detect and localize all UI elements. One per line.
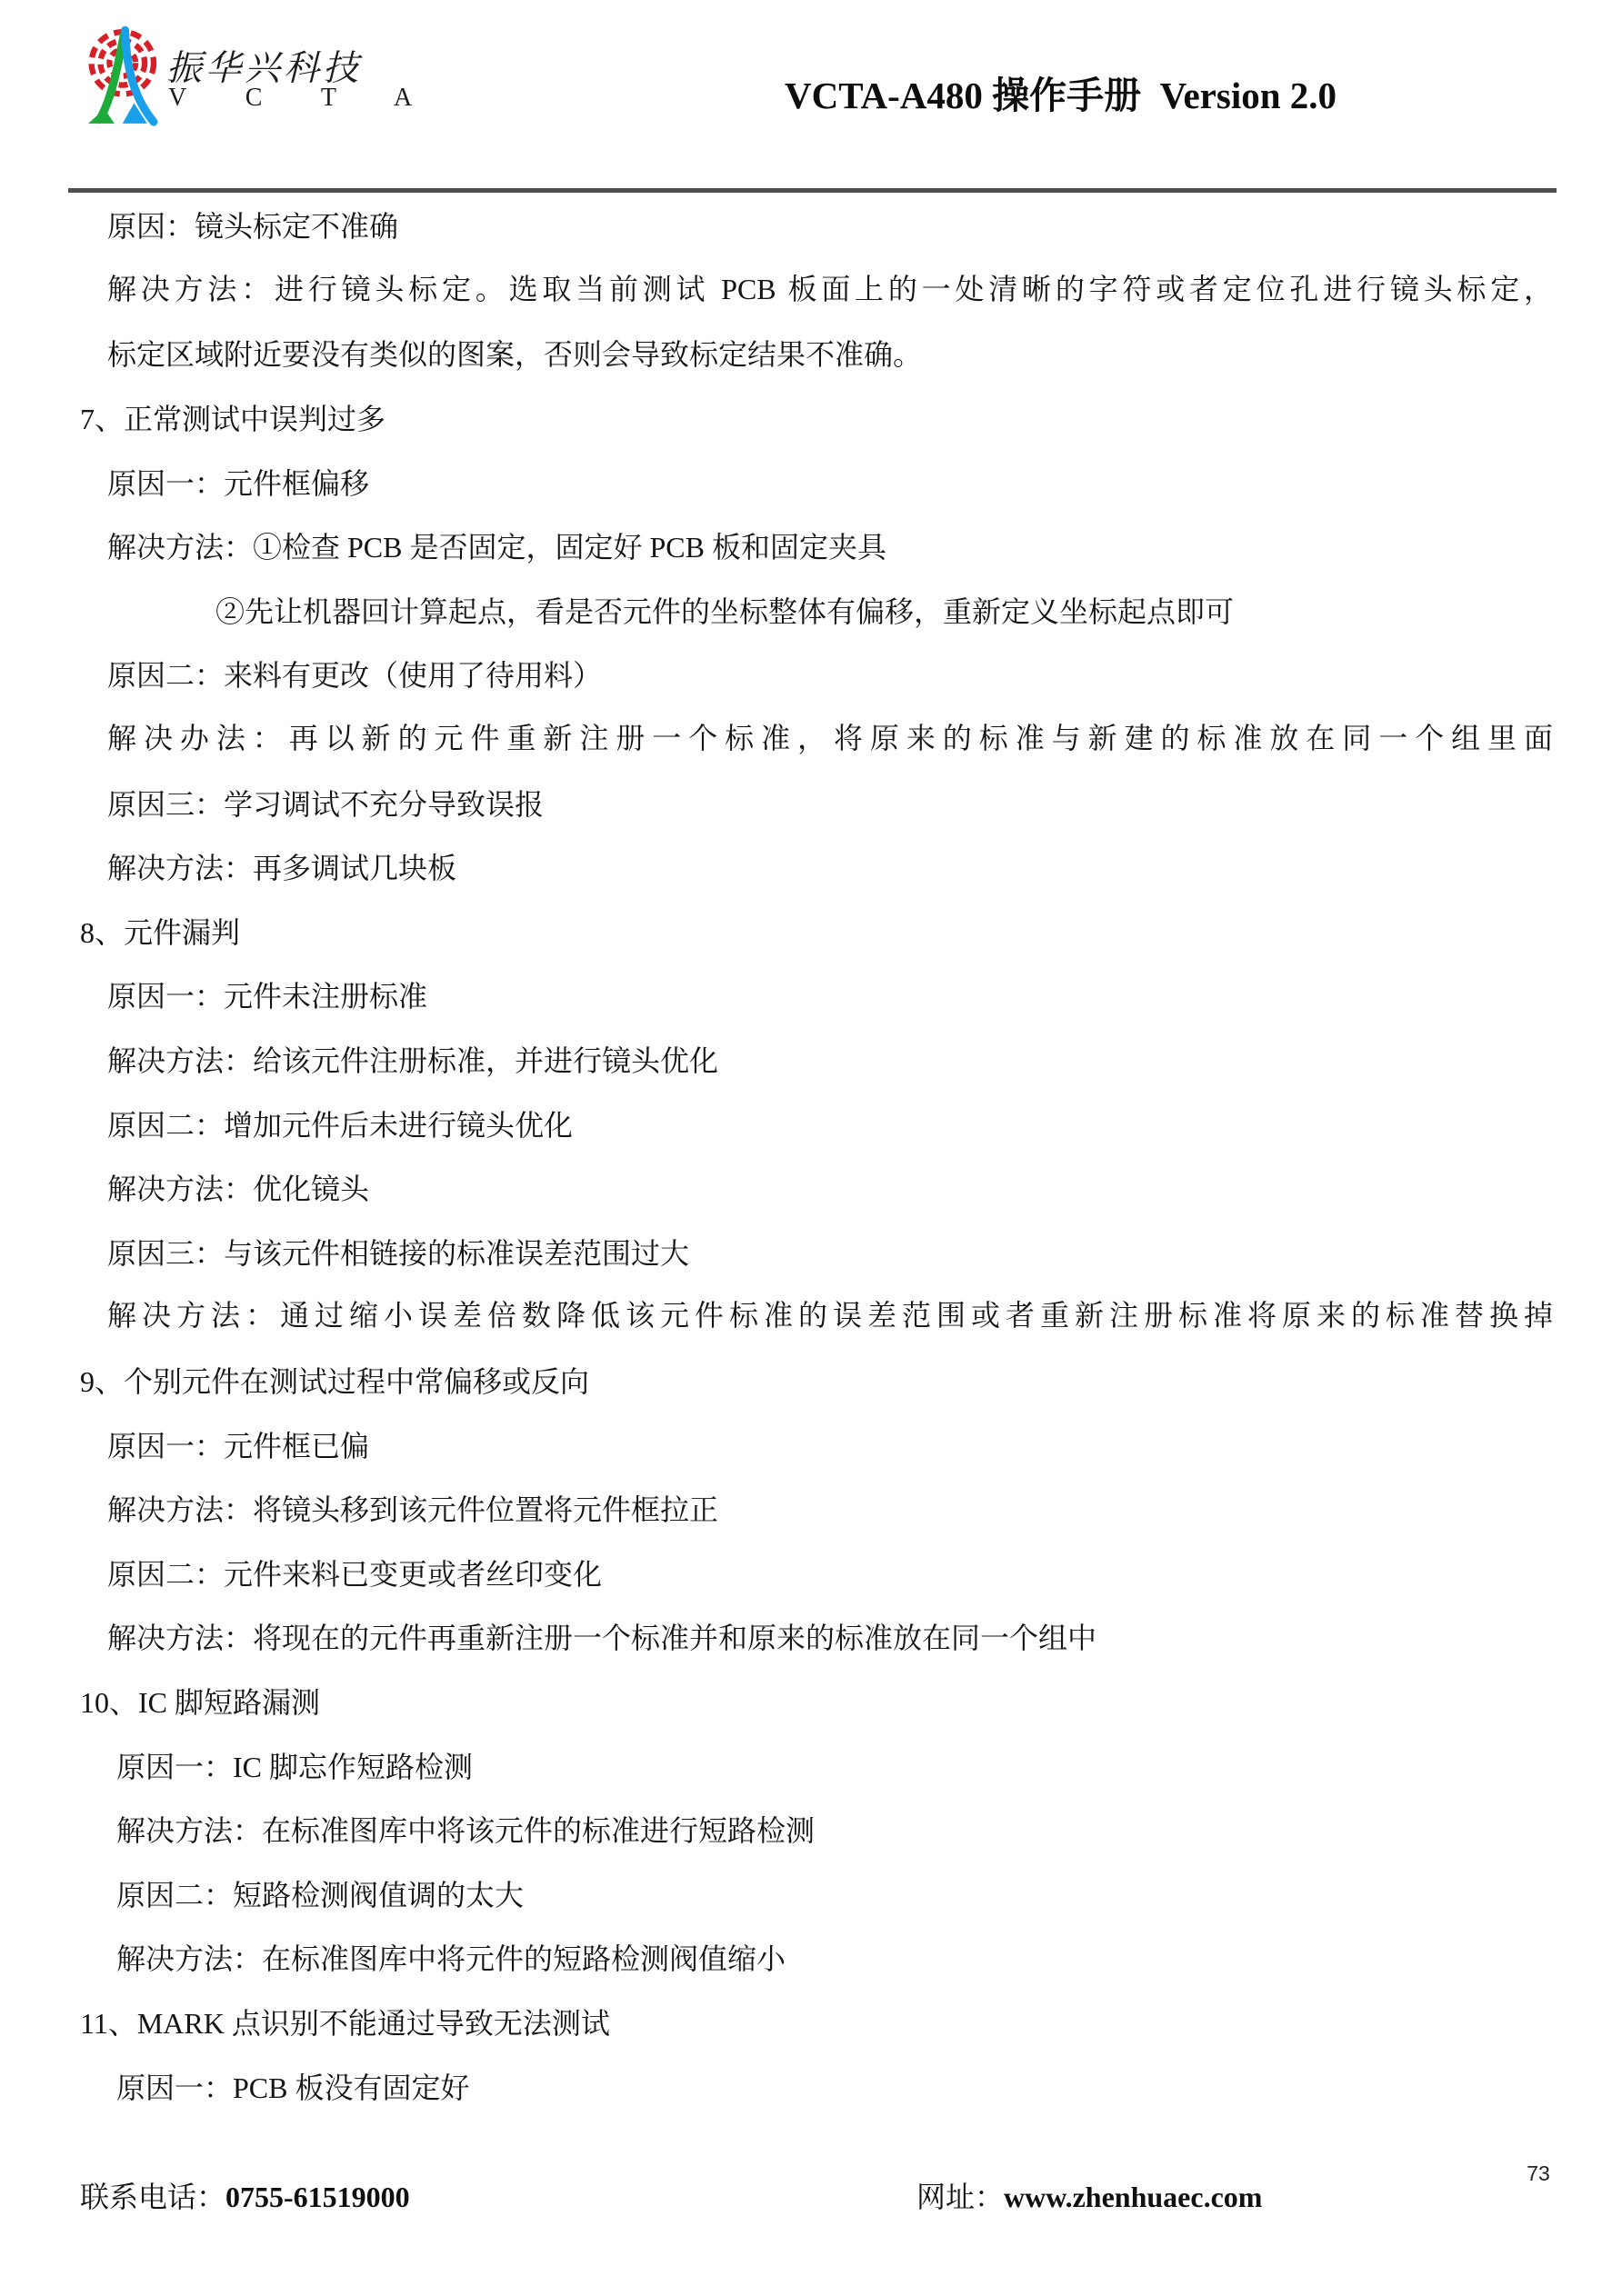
body-line: 原因二：元件来料已变更或者丝印变化 — [0, 1540, 1622, 1604]
body-line: 原因二：来料有更改（使用了待用料） — [0, 642, 1622, 706]
document-body: 原因：镜头标定不准确解决方法：进行镜头标定。选取当前测试 PCB 板面上的一处清… — [0, 193, 1622, 2118]
footer-website: 网址：www.zhenhuaec.com — [916, 2174, 1262, 2216]
company-logo-icon — [80, 20, 162, 127]
body-line: 原因二：短路检测阀值调的太大 — [0, 1861, 1622, 1925]
body-line: 原因一：IC 脚忘作短路检测 — [0, 1732, 1622, 1797]
body-line: 8、元件漏判 — [0, 899, 1622, 963]
body-line: 解决方法：优化镜头 — [0, 1155, 1622, 1220]
footer-phone: 联系电话：0755-61519000 — [80, 2174, 410, 2216]
company-abbreviation: V C T A — [168, 84, 427, 113]
phone-label: 联系电话： — [80, 2181, 225, 2213]
body-line: 7、正常测试中误判过多 — [0, 385, 1622, 450]
body-line: 解决方法：①检查 PCB 是否固定，固定好 PCB 板和固定夹具 — [0, 514, 1622, 578]
document-page: { "colors": { "logo_red": "#d61f26", "lo… — [0, 0, 1622, 2296]
document-title: VCTA-A480 操作手册 Version 2.0 — [785, 65, 1337, 119]
body-line: 解决方法：通过缩小误差倍数降低该元件标准的误差范围或者重新注册标准将原来的标准替… — [0, 1283, 1553, 1348]
body-line: 9、个别元件在测试过程中常偏移或反向 — [0, 1348, 1622, 1413]
body-line: 11、MARK 点识别不能通过导致无法测试 — [0, 1990, 1622, 2054]
body-line: 原因二：增加元件后未进行镜头优化 — [0, 1091, 1622, 1155]
body-line: 原因：镜头标定不准确 — [0, 193, 1622, 257]
body-line: 解决方法：给该元件注册标准，并进行镜头优化 — [0, 1027, 1622, 1092]
body-line: 原因一：元件框已偏 — [0, 1412, 1622, 1476]
body-line: 原因三：学习调试不充分导致误报 — [0, 770, 1622, 834]
body-line: 10、IC 脚短路漏测 — [0, 1669, 1622, 1733]
body-line: 解决方法：将镜头移到该元件位置将元件框拉正 — [0, 1476, 1622, 1541]
website-label: 网址： — [916, 2181, 1004, 2213]
page-number: 73 — [1511, 2161, 1566, 2186]
body-line: 原因一：元件未注册标准 — [0, 963, 1622, 1027]
body-line: ②先让机器回计算起点，看是否元件的坐标整体有偏移，重新定义坐标起点即可 — [0, 578, 1622, 643]
body-line: 原因一：元件框偏移 — [0, 449, 1622, 514]
body-line: 解决方法：再多调试几块板 — [0, 834, 1622, 899]
website-url: www.zhenhuaec.com — [1004, 2181, 1262, 2213]
body-line: 解决办法：再以新的元件重新注册一个标准，将原来的标准与新建的标准放在同一个组里面 — [0, 706, 1553, 771]
body-line: 原因一：PCB 板没有固定好 — [0, 2053, 1622, 2118]
body-line: 解决方法：在标准图库中将该元件的标准进行短路检测 — [0, 1797, 1622, 1862]
body-line: 解决方法：进行镜头标定。选取当前测试 PCB 板面上的一处清晰的字符或者定位孔进… — [0, 257, 1553, 322]
body-line: 解决方法：在标准图库中将元件的短路检测阀值缩小 — [0, 1925, 1622, 1990]
body-line: 解决方法：将现在的元件再重新注册一个标准并和原来的标准放在同一个组中 — [0, 1604, 1622, 1669]
body-line: 标定区域附近要没有类似的图案，否则会导致标定结果不准确。 — [0, 321, 1622, 385]
phone-number: 0755-61519000 — [225, 2181, 410, 2213]
body-line: 原因三：与该元件相链接的标准误差范围过大 — [0, 1220, 1622, 1284]
